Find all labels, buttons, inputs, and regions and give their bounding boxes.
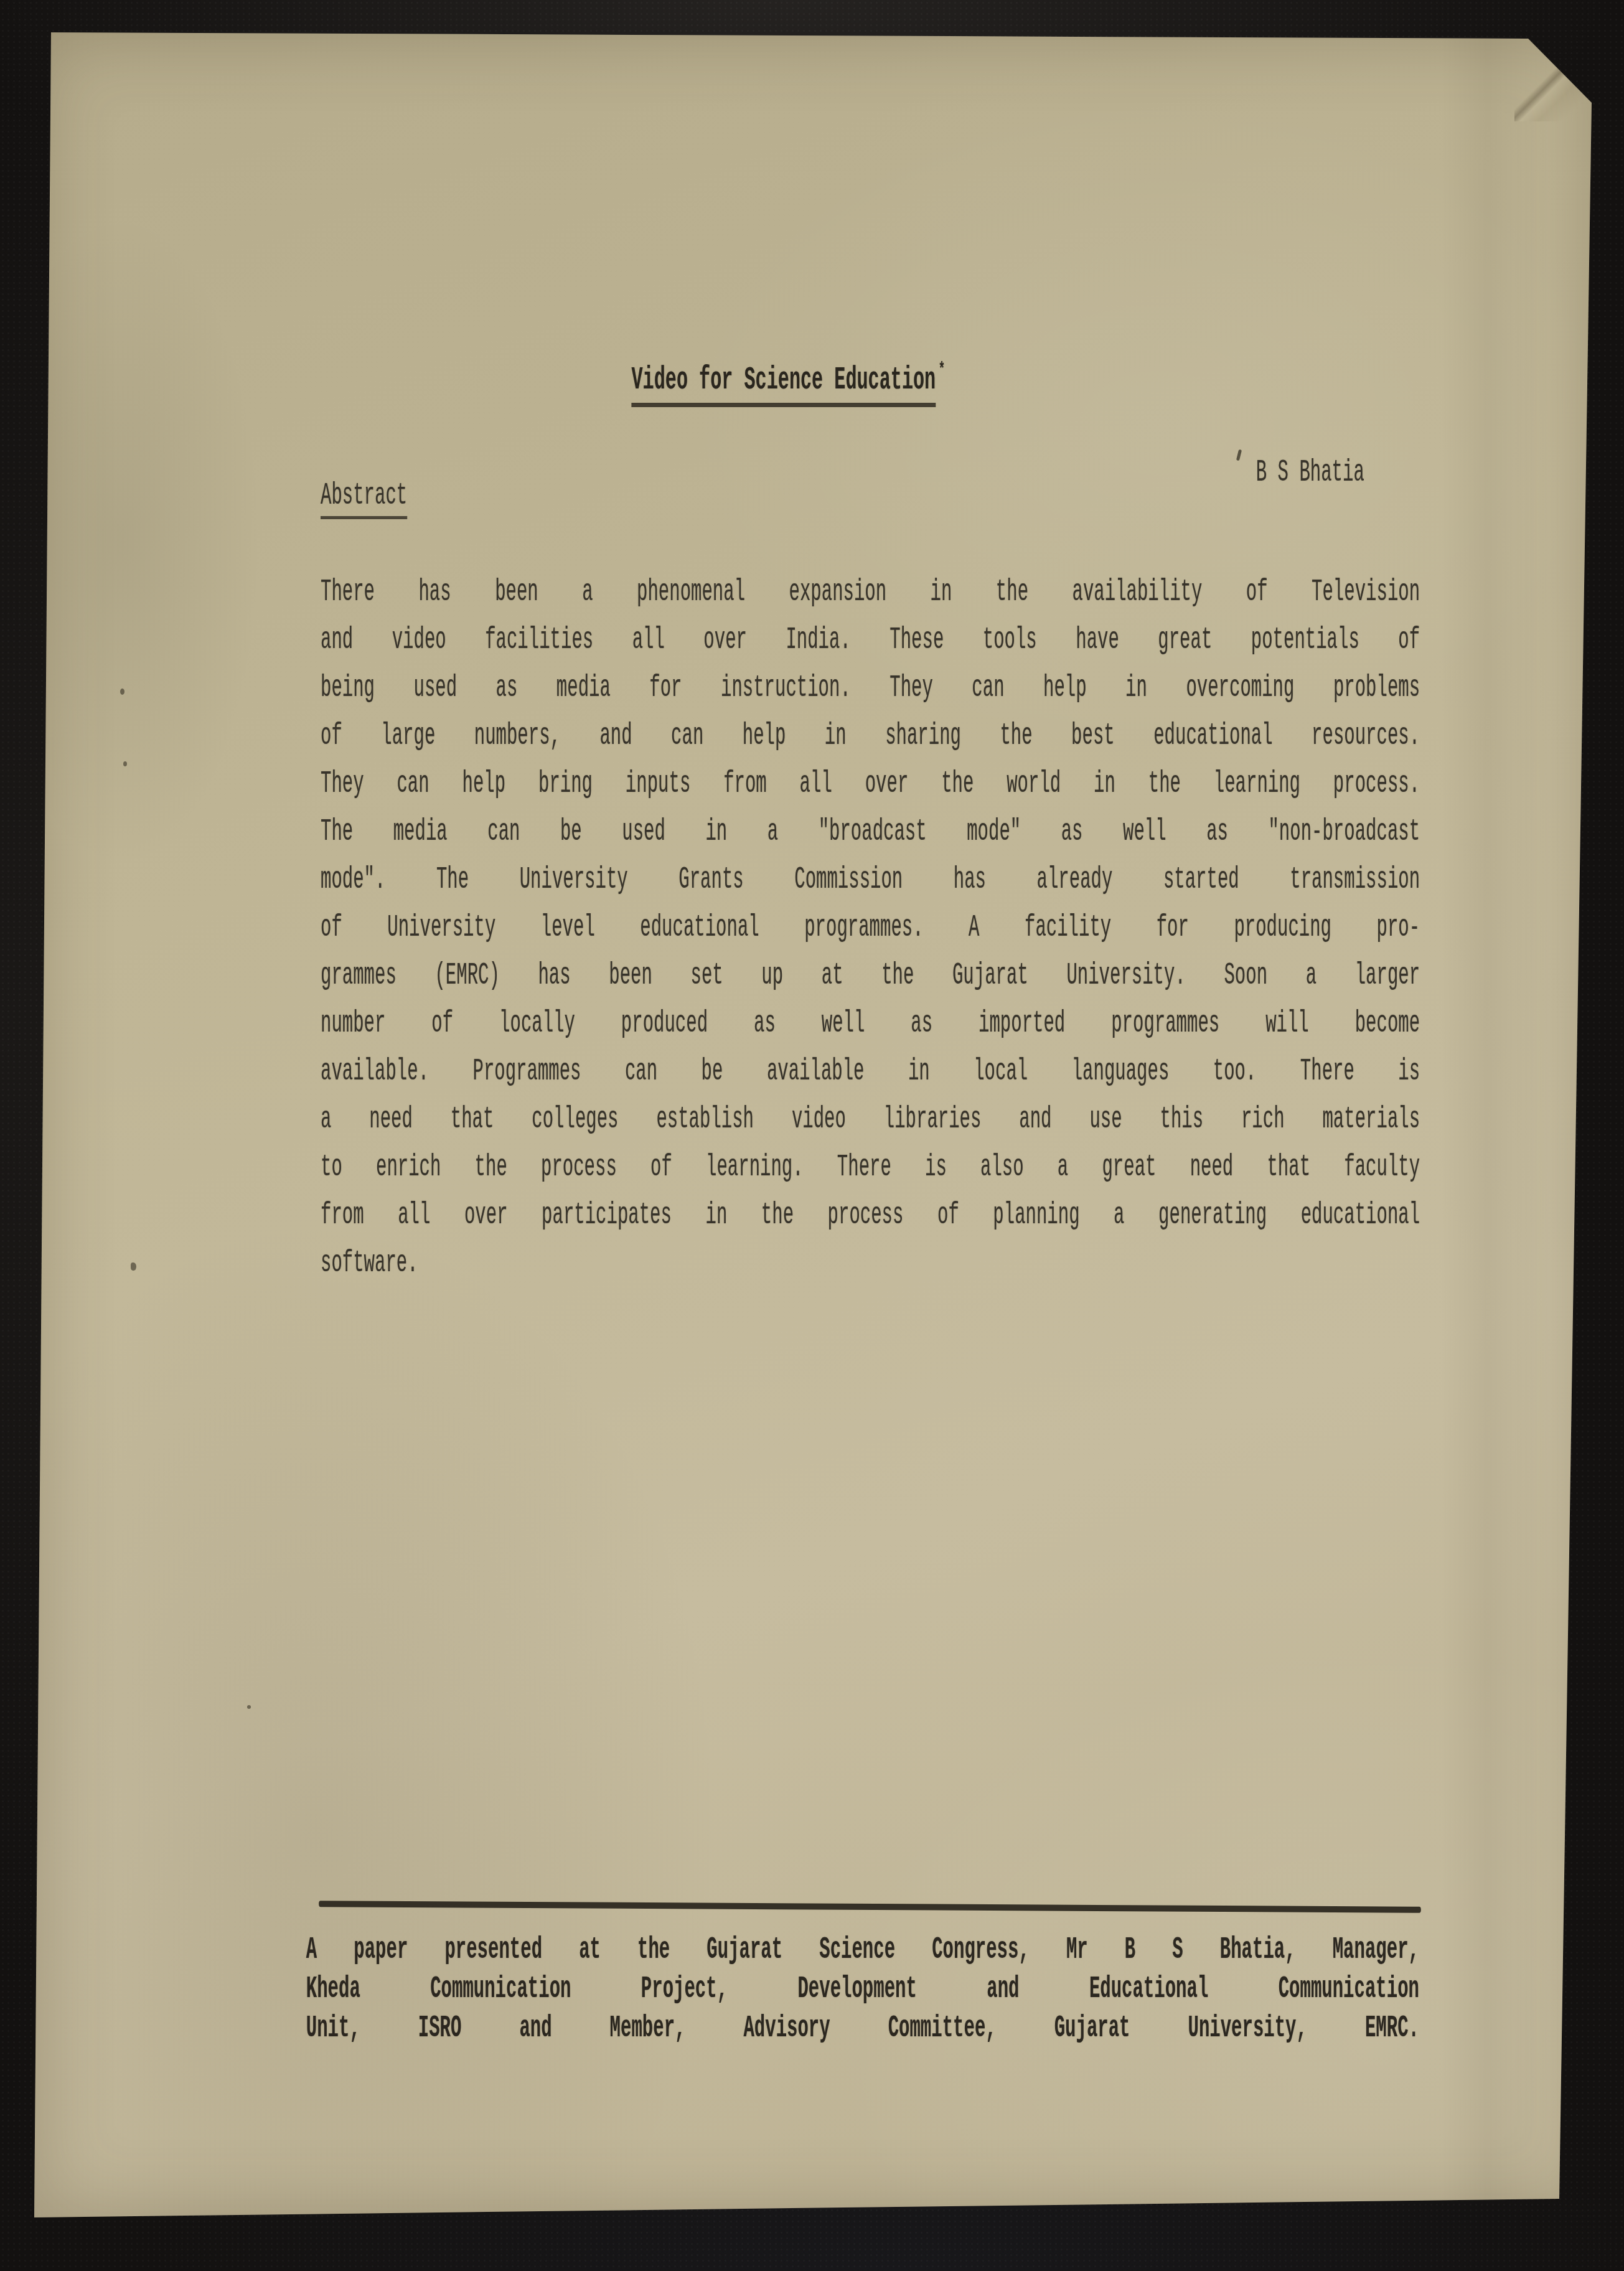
footnote-divider-rule xyxy=(319,1901,1421,1913)
footnote-asterisk: * xyxy=(939,360,945,381)
page-title: Video for Science Education* xyxy=(238,352,1338,399)
abstract-line: There has been a phenomenal expansion in… xyxy=(321,568,1420,616)
page-title-text: Video for Science Education xyxy=(632,362,936,407)
ink-speck xyxy=(247,1705,251,1709)
abstract-line: grammes (EMRC) has been set up at the Gu… xyxy=(321,952,1420,1000)
abstract-line: They can help bring inputs from all over… xyxy=(321,760,1420,808)
paper-sheet: Video for Science Education* B S Bhatia … xyxy=(34,31,1597,2219)
abstract-line: available. Programmes can be available i… xyxy=(321,1048,1420,1096)
footnote-line: Kheda Communication Project, Development… xyxy=(306,1970,1419,2009)
ink-speck xyxy=(131,1262,136,1271)
abstract-paragraph: There has been a phenomenal expansion in… xyxy=(321,568,1420,1287)
scanned-page-view: { "colors": { "paper": "#bfb595", "ink":… xyxy=(0,0,1624,2271)
abstract-line: mode". The University Grants Commission … xyxy=(321,856,1420,904)
footnote: A paper presented at the Gujarat Science… xyxy=(306,1930,1419,2048)
abstract-line: and video facilities all over India. The… xyxy=(321,616,1420,664)
footnote-line: Unit, ISRO and Member, Advisory Committe… xyxy=(306,2009,1419,2048)
abstract-line: The media can be used in a "broadcast mo… xyxy=(321,808,1420,856)
abstract-line: a need that colleges establish video lib… xyxy=(321,1096,1420,1144)
abstract-line: of large numbers, and can help in sharin… xyxy=(321,712,1420,760)
abstract-line: number of locally produced as well as im… xyxy=(321,1000,1420,1048)
abstract-heading: Abstract xyxy=(321,477,407,515)
ink-speck xyxy=(120,689,124,695)
footnote-line: A paper presented at the Gujarat Science… xyxy=(306,1930,1419,1970)
abstract-line: of University level educational programm… xyxy=(321,904,1420,952)
ink-speck xyxy=(123,761,127,766)
author-byline: B S Bhatia xyxy=(1256,454,1364,492)
abstract-line: being used as media for instruction. The… xyxy=(321,664,1420,712)
typed-content: Video for Science Education* B S Bhatia … xyxy=(321,31,1420,2219)
abstract-line: to enrich the process of learning. There… xyxy=(321,1144,1420,1192)
abstract-line: from all over participates in the proces… xyxy=(321,1192,1420,1239)
abstract-line: software. xyxy=(321,1239,1420,1287)
